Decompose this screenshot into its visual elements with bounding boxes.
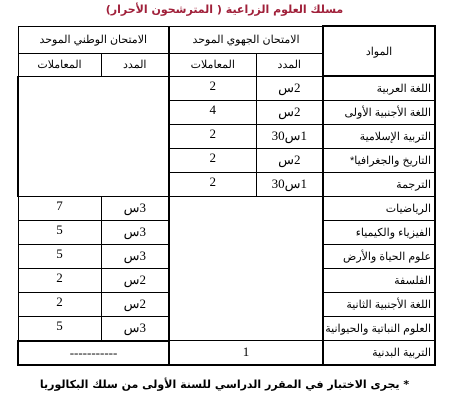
table-row: اللغة العربية 2س 2 (18, 76, 435, 100)
header-regional-duration: المدد (256, 53, 323, 76)
subject-cell: الترجمة (323, 172, 435, 196)
header-regional-exam: الامتحان الجهوي الموحد (169, 26, 323, 53)
coefficient-cell: 7 (18, 196, 101, 220)
duration-cell: 2س (256, 148, 323, 172)
duration-cell: 3س (101, 244, 169, 268)
coefficient-cell: 5 (18, 244, 101, 268)
header-regional-coefficients: المعاملات (169, 53, 256, 76)
subject-cell: الرياضيات (323, 196, 435, 220)
coefficient-cell: 5 (18, 220, 101, 244)
duration-cell: 2س (256, 100, 323, 124)
page-title: مسلك العلوم الزراعية ( المترشحون الأحرار… (0, 3, 449, 16)
footnote: * يجرى الاختبار في المقرر الدراسي للسنة … (0, 378, 449, 391)
coefficient-cell: 2 (169, 148, 256, 172)
regional-pe-value: 1 (169, 341, 323, 365)
subject-cell: التربية الإسلامية (323, 124, 435, 148)
exam-schedule-table: المواد الامتحان الجهوي الموحد الامتحان ا… (17, 25, 436, 366)
duration-cell: 3س (101, 316, 169, 341)
empty-regional-block (169, 196, 323, 341)
table-row-physical-education: التربية البدنية 1 ----------- (18, 341, 435, 365)
header-national-exam: الامتحان الوطني الموحد (18, 26, 169, 53)
subject-cell: الفلسفة (323, 268, 435, 292)
duration-cell: 3س (101, 220, 169, 244)
coefficient-cell: 2 (18, 268, 101, 292)
duration-cell: 1س30 (256, 172, 323, 196)
subject-cell: اللغة الأجنبية الثانية (323, 292, 435, 316)
subject-cell: علوم الحياة والأرض (323, 244, 435, 268)
duration-cell: 3س (101, 196, 169, 220)
subject-cell: التربية البدنية (323, 341, 435, 365)
national-pe-value: ----------- (18, 341, 169, 365)
subject-cell: اللغة الأجنبية الأولى (323, 100, 435, 124)
duration-cell: 2س (101, 292, 169, 316)
duration-cell: 2س (101, 268, 169, 292)
header-national-coefficients: المعاملات (18, 53, 101, 76)
coefficient-cell: 2 (18, 292, 101, 316)
header-subjects: المواد (323, 26, 435, 76)
subject-cell: الفيزياء والكيمياء (323, 220, 435, 244)
header-national-duration: المدد (101, 53, 169, 76)
subject-cell: التاريخ والجغرافيا* (323, 148, 435, 172)
coefficient-cell: 5 (18, 316, 101, 341)
subject-cell: العلوم النباتية والحيوانية (323, 316, 435, 341)
duration-cell: 1س30 (256, 124, 323, 148)
duration-cell: 2س (256, 76, 323, 100)
coefficient-cell: 2 (169, 76, 256, 100)
coefficient-cell: 2 (169, 124, 256, 148)
coefficient-cell: 2 (169, 172, 256, 196)
subject-cell: اللغة العربية (323, 76, 435, 100)
table-row: الرياضيات 3س 7 (18, 196, 435, 220)
empty-national-block (18, 76, 169, 196)
coefficient-cell: 4 (169, 100, 256, 124)
